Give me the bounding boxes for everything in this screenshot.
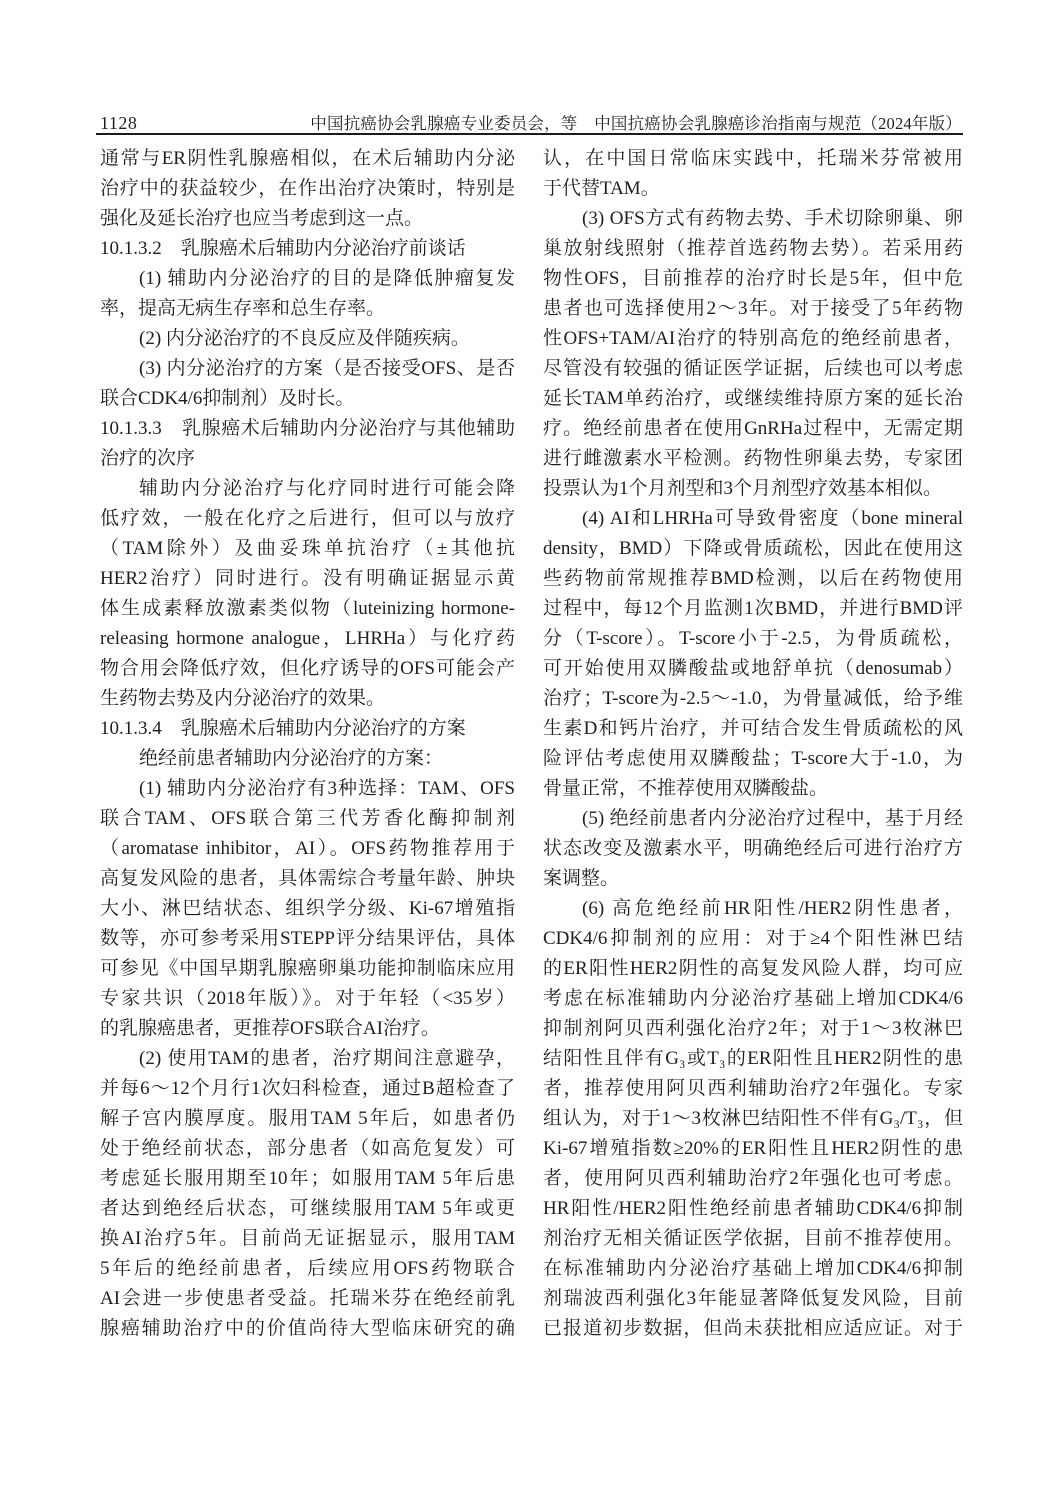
text-line: HER2治疗）同时进行。没有明确证据显示黄	[100, 564, 515, 594]
text-line: 剂瑞波西利强化3年能显著降低复发风险，目前	[543, 1284, 963, 1314]
text-line: 状态改变及激素水平，明确绝经后可进行治疗方	[543, 834, 963, 864]
text-line: 疗。绝经前患者在使用GnRHa过程中，无需定期	[543, 414, 963, 444]
text-line: (6) 高危绝经前HR阳性/HER2阴性患者，	[543, 894, 963, 924]
text-line: 高复发风险的患者，具体需综合考量年龄、肿块	[100, 864, 515, 894]
text-line: 骨量正常，不推荐使用双膦酸盐。	[543, 774, 963, 804]
text-line: 组认为，对于1～3枚淋巴结阳性不伴有G₃/T₃，但	[543, 1104, 963, 1134]
text-line: 联合CDK4/6抑制剂）及时长。	[100, 384, 515, 414]
text-line: 治疗；T-score为-2.5～-1.0，为骨量减低，给予维	[543, 684, 963, 714]
text-line: 解子宫内膜厚度。服用TAM 5年后，如患者仍	[100, 1104, 515, 1134]
section-heading: 10.1.3.3 乳腺癌术后辅助内分泌治疗与其他辅助	[100, 414, 515, 444]
text-line: 结阳性且伴有G₃或T₃的ER阳性且HER2阴性的患	[543, 1044, 963, 1074]
text-line: 者达到绝经后状态，可继续服用TAM 5年或更	[100, 1194, 515, 1224]
text-line: 生药物去势及内分泌治疗的效果。	[100, 684, 515, 714]
text-line: 进行雌激素水平检测。药物性卵巢去势，专家团	[543, 444, 963, 474]
text-line: 物性OFS，目前推荐的治疗时长是5年，但中危	[543, 264, 963, 294]
text-line: 抑制剂阿贝西利强化治疗2年；对于1～3枚淋巴	[543, 1014, 963, 1044]
text-line: 可开始使用双膦酸盐或地舒单抗（denosumab）	[543, 654, 963, 684]
text-line: 分（T-score）。T-score小于-2.5，为骨质疏松，	[543, 624, 963, 654]
text-line: 认，在中国日常临床实践中，托瑞米芬常被用	[543, 144, 963, 174]
text-line: (1) 辅助内分泌治疗的目的是降低肿瘤复发	[100, 264, 515, 294]
text-line: 辅助内分泌治疗与化疗同时进行可能会降	[100, 474, 515, 504]
text-line: Ki-67增殖指数≥20%的ER阳性且HER2阴性的患	[543, 1134, 963, 1164]
text-line: 已报道初步数据，但尚未获批相应适应证。对于	[543, 1314, 963, 1344]
text-line: 险评估考虑使用双膦酸盐；T-score大于-1.0，为	[543, 744, 963, 774]
article-body: 通常与ER阴性乳腺癌相似，在术后辅助内分泌治疗中的获益较少，在作出治疗决策时，特…	[100, 144, 963, 1344]
text-line: 巢放射线照射（推荐首选药物去势）。若采用药	[543, 234, 963, 264]
text-line: 绝经前患者辅助内分泌治疗的方案：	[100, 744, 515, 774]
text-line: (2) 使用TAM的患者，治疗期间注意避孕，	[100, 1044, 515, 1074]
text-line: (2) 内分泌治疗的不良反应及伴随疾病。	[100, 324, 515, 354]
text-line: 投票认为1个月剂型和3个月剂型疗效基本相似。	[543, 474, 963, 504]
text-line: 者，推荐使用阿贝西利辅助治疗2年强化。专家	[543, 1074, 963, 1104]
right-column: 认，在中国日常临床实践中，托瑞米芬常被用于代替TAM。(3) OFS方式有药物去…	[543, 144, 963, 1344]
text-line: 低疗效，一般在化疗之后进行，但可以与放疗	[100, 504, 515, 534]
text-line: 在标准辅助内分泌治疗基础上增加CDK4/6抑制	[543, 1254, 963, 1284]
text-line: 体生成素释放激素类似物（luteinizing hormone-	[100, 594, 515, 624]
left-column: 通常与ER阴性乳腺癌相似，在术后辅助内分泌治疗中的获益较少，在作出治疗决策时，特…	[100, 144, 515, 1344]
running-title: 中国抗癌协会乳腺癌专业委员会，等 中国抗癌协会乳腺癌诊治指南与规范（2024年版…	[310, 110, 962, 134]
text-line: 专家共识（2018年版）》。对于年轻（<35岁）	[100, 984, 515, 1014]
text-line: HR阳性/HER2阳性绝经前患者辅助CDK4/6抑制	[543, 1194, 963, 1224]
text-line: 剂治疗无相关循证医学依据，目前不推荐使用。	[543, 1224, 963, 1254]
text-line: (5) 绝经前患者内分泌治疗过程中，基于月经	[543, 804, 963, 834]
page-number: 1128	[100, 113, 137, 134]
section-heading: 10.1.3.4 乳腺癌术后辅助内分泌治疗的方案	[100, 714, 515, 744]
document-page: 1128 中国抗癌协会乳腺癌专业委员会，等 中国抗癌协会乳腺癌诊治指南与规范（2…	[0, 0, 1050, 1485]
text-line: (3) OFS方式有药物去势、手术切除卵巢、卵	[543, 204, 963, 234]
section-heading: 10.1.3.2 乳腺癌术后辅助内分泌治疗前谈话	[100, 234, 515, 264]
text-line: 患者也可选择使用2～3年。对于接受了5年药物	[543, 294, 963, 324]
text-line: 考虑在标准辅助内分泌治疗基础上增加CDK4/6	[543, 984, 963, 1014]
text-line: 案调整。	[543, 864, 963, 894]
text-line: 些药物前常规推荐BMD检测，以后在药物使用	[543, 564, 963, 594]
section-heading: 治疗的次序	[100, 444, 515, 474]
text-line: 换AI治疗5年。目前尚无证据显示，服用TAM	[100, 1224, 515, 1254]
text-line: 考虑延长服用期至10年；如服用TAM 5年后患	[100, 1164, 515, 1194]
text-line: 物合用会降低疗效，但化疗诱导的OFS可能会产	[100, 654, 515, 684]
text-line: 延长TAM单药治疗，或继续维持原方案的延长治	[543, 384, 963, 414]
text-line: 率，提高无病生存率和总生存率。	[100, 294, 515, 324]
text-line: (3) 内分泌治疗的方案（是否接受OFS、是否	[100, 354, 515, 384]
text-line: 大小、淋巴结状态、组织学分级、Ki-67增殖指	[100, 894, 515, 924]
header-divider	[96, 133, 963, 135]
text-line: （aromatase inhibitor，AI）。OFS药物推荐用于	[100, 834, 515, 864]
text-line: 可参见《中国早期乳腺癌卵巢功能抑制临床应用	[100, 954, 515, 984]
text-line: 生素D和钙片治疗，并可结合发生骨质疏松的风	[543, 714, 963, 744]
page-header: 1128 中国抗癌协会乳腺癌专业委员会，等 中国抗癌协会乳腺癌诊治指南与规范（2…	[100, 110, 962, 134]
text-line: density，BMD）下降或骨质疏松，因此在使用这	[543, 534, 963, 564]
text-line: 数等，亦可参考采用STEPP评分结果评估，具体	[100, 924, 515, 954]
text-line: 强化及延长治疗也应当考虑到这一点。	[100, 204, 515, 234]
text-line: 5年后的绝经前患者，后续应用OFS药物联合	[100, 1254, 515, 1284]
text-line: 治疗中的获益较少，在作出治疗决策时，特别是	[100, 174, 515, 204]
text-line: 的乳腺癌患者，更推荐OFS联合AI治疗。	[100, 1014, 515, 1044]
text-line: AI会进一步使患者受益。托瑞米芬在绝经前乳	[100, 1284, 515, 1314]
text-line: 腺癌辅助治疗中的价值尚待大型临床研究的确	[100, 1314, 515, 1344]
text-line: （TAM除外）及曲妥珠单抗治疗（±其他抗	[100, 534, 515, 564]
text-line: 者，使用阿贝西利辅助治疗2年强化也可考虑。	[543, 1164, 963, 1194]
text-line: 性OFS+TAM/AI治疗的特别高危的绝经前患者，	[543, 324, 963, 354]
text-line: 过程中，每12个月监测1次BMD，并进行BMD评	[543, 594, 963, 624]
text-line: 尽管没有较强的循证医学证据，后续也可以考虑	[543, 354, 963, 384]
text-line: 的ER阳性HER2阴性的高复发风险人群，均可应	[543, 954, 963, 984]
text-line: CDK4/6抑制剂的应用：对于≥4个阳性淋巴结	[543, 924, 963, 954]
text-line: (4) AI和LHRHa可导致骨密度（bone mineral	[543, 504, 963, 534]
text-line: releasing hormone analogue，LHRHa）与化疗药	[100, 624, 515, 654]
text-line: 并每6～12个月行1次妇科检查，通过B超检查了	[100, 1074, 515, 1104]
text-line: 联合TAM、OFS联合第三代芳香化酶抑制剂	[100, 804, 515, 834]
text-line: 处于绝经前状态，部分患者（如高危复发）可	[100, 1134, 515, 1164]
text-line: 于代替TAM。	[543, 174, 963, 204]
text-line: (1) 辅助内分泌治疗有3种选择：TAM、OFS	[100, 774, 515, 804]
text-line: 通常与ER阴性乳腺癌相似，在术后辅助内分泌	[100, 144, 515, 174]
